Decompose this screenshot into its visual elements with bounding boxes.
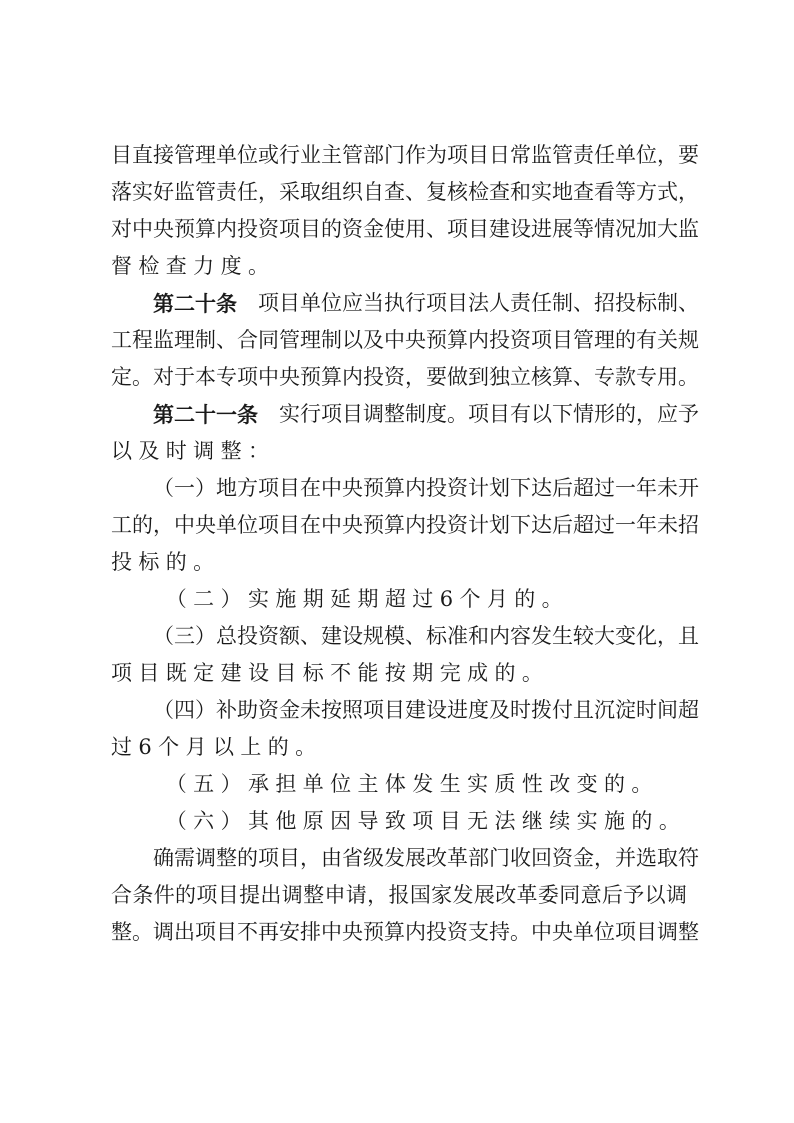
text-line: （五）承担单位主体发生实质性改变的。 — [111, 766, 687, 803]
paragraph-continued: 目直接管理单位或行业主管部门作为项目日常监管责任单位，要 落实好监管责任，采取组… — [111, 137, 687, 285]
text-line: （三）总投资额、建设规模、标准和内容发生较大变化，且 — [111, 618, 687, 655]
text-line: 整。调出项目不再安排中央预算内投资支持。中央单位项目调整 — [111, 914, 687, 951]
text-line: 落实好监管责任，采取组织自查、复核检查和实地查看等方式， — [111, 174, 687, 211]
text-line: （四）补助资金未按照项目建设进度及时拨付且沉淀时间超 — [111, 692, 687, 729]
text-line: 工程监理制、合同管理制以及中央预算内投资项目管理的有关规 — [111, 322, 687, 359]
document-page: 目直接管理单位或行业主管部门作为项目日常监管责任单位，要 落实好监管责任，采取组… — [111, 137, 687, 951]
article-20: 第二十条 项目单位应当执行项目法人责任制、招投标制、 工程监理制、合同管理制以及… — [111, 285, 687, 396]
text-line: （六）其他原因导致项目无法继续实施的。 — [111, 803, 687, 840]
item-1: （一）地方项目在中央预算内投资计划下达后超过一年未开 工的，中央单位项目在中央预… — [111, 470, 687, 581]
text-line: 督检查力度。 — [111, 248, 687, 285]
item-5: （五）承担单位主体发生实质性改变的。 — [111, 766, 687, 803]
text-line: 定。对于本专项中央预算内投资，要做到独立核算、专款专用。 — [111, 359, 687, 396]
text-line: 确需调整的项目，由省级发展改革部门收回资金，并选取符 — [111, 840, 687, 877]
text-line: 项目既定建设目标不能按期完成的。 — [111, 655, 687, 692]
paragraph-adjust: 确需调整的项目，由省级发展改革部门收回资金，并选取符 合条件的项目提出调整申请，… — [111, 840, 687, 951]
text-line: 目直接管理单位或行业主管部门作为项目日常监管责任单位，要 — [111, 137, 687, 174]
text-line: （一）地方项目在中央预算内投资计划下达后超过一年未开 — [111, 470, 687, 507]
text-line: 工的，中央单位项目在中央预算内投资计划下达后超过一年未招 — [111, 507, 687, 544]
item-6: （六）其他原因导致项目无法继续实施的。 — [111, 803, 687, 840]
article-21: 第二十一条 实行项目调整制度。项目有以下情形的，应予 以及时调整： — [111, 396, 687, 470]
item-4: （四）补助资金未按照项目建设进度及时拨付且沉淀时间超 过6个月以上的。 — [111, 692, 687, 766]
text-line: 过6个月以上的。 — [111, 729, 687, 766]
item-3: （三）总投资额、建设规模、标准和内容发生较大变化，且 项目既定建设目标不能按期完… — [111, 618, 687, 692]
text-line: 投标的。 — [111, 544, 687, 581]
text-line: 以及时调整： — [111, 433, 687, 470]
text-line: 第二十条 项目单位应当执行项目法人责任制、招投标制、 — [111, 285, 687, 322]
item-2: （二）实施期延期超过6个月的。 — [111, 581, 687, 618]
text-line: 对中央预算内投资项目的资金使用、项目建设进展等情况加大监 — [111, 211, 687, 248]
text-line: 第二十一条 实行项目调整制度。项目有以下情形的，应予 — [111, 396, 687, 433]
text-line: 合条件的项目提出调整申请，报国家发展改革委同意后予以调 — [111, 877, 687, 914]
text-line: （二）实施期延期超过6个月的。 — [111, 581, 687, 618]
